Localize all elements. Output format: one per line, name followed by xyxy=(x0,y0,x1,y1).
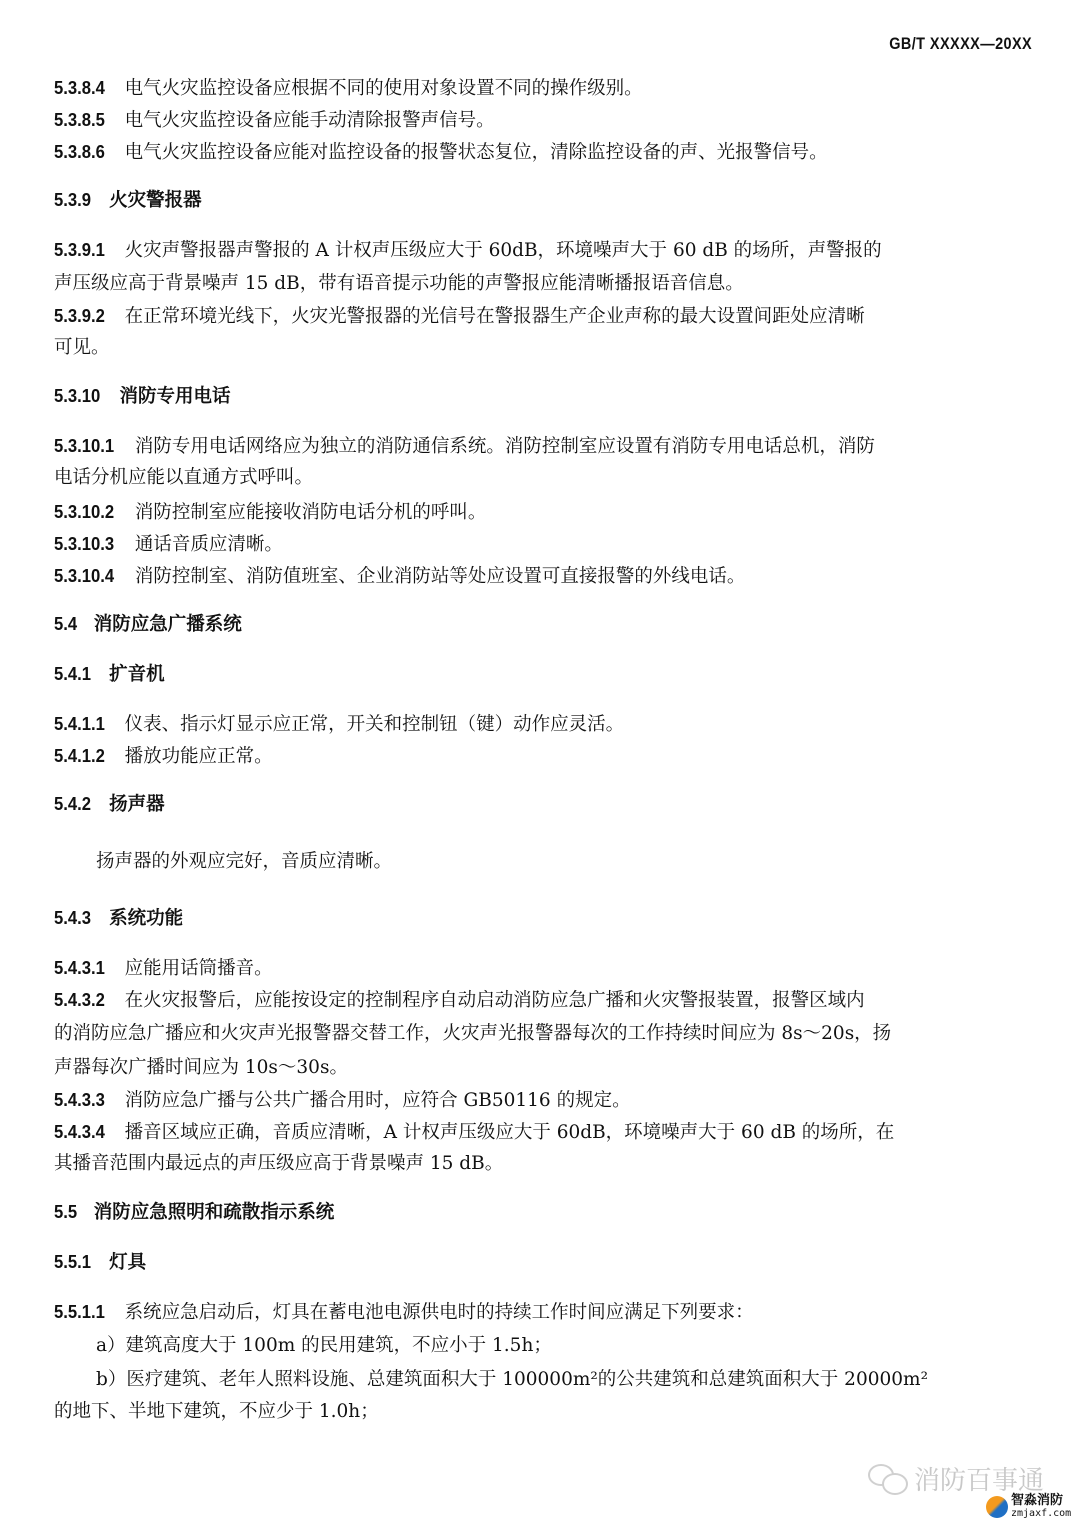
clause-line: 可见。 xyxy=(54,335,1032,361)
clause-number: 5.3.10.1 xyxy=(54,433,114,459)
clause-text: 声压级应高于背景噪声 15 dB，带有语音提示功能的声警报应能清晰播报语音信息。 xyxy=(54,273,744,294)
clause-number: 5.3.10 xyxy=(54,383,100,409)
section-heading: 5.5.1灯具 xyxy=(54,1249,1032,1276)
clause-text: 电气火灾监控设备应能手动清除报警声信号。 xyxy=(125,110,495,131)
clause-text: 播放功能应正常。 xyxy=(125,746,273,767)
clause-line: 5.3.8.6电气火灾监控设备应能对监控设备的报警状态复位，清除监控设备的声、光… xyxy=(54,139,1032,166)
clause-number: 5.4.3.4 xyxy=(54,1119,105,1145)
clause-text: 消防专用电话网络应为独立的消防通信系统。消防控制室应设置有消防专用电话总机，消防 xyxy=(135,436,875,457)
clause-number: 5.5.1 xyxy=(54,1249,91,1275)
clause-line: 5.3.10.3通话音质应清晰。 xyxy=(54,531,1032,558)
heading-text: 消防应急广播系统 xyxy=(94,614,242,635)
section-heading: 5.4.2扬声器 xyxy=(54,791,1032,818)
heading-text: 火灾警报器 xyxy=(109,190,202,211)
clause-number: 5.3.10.4 xyxy=(54,563,114,589)
heading-text: 消防应急照明和疏散指示系统 xyxy=(94,1202,335,1223)
clause-number: 5.4.3 xyxy=(54,905,91,931)
clause-number: 5.3.9.1 xyxy=(54,237,105,263)
clause-number: 5.4 xyxy=(54,611,77,637)
clause-text: a）建筑高度大于 100m 的民用建筑，不应小于 1.5h； xyxy=(96,1335,552,1356)
section-heading: 5.4消防应急广播系统 xyxy=(54,611,1032,638)
standard-code: GB/T XXXXX—20XX xyxy=(889,34,1032,54)
clause-number: 5.5.1.1 xyxy=(54,1299,105,1325)
clause-line: 5.5.1.1系统应急启动后，灯具在蓄电池电源供电时的持续工作时间应满足下列要求… xyxy=(54,1299,1032,1326)
clause-line: 5.4.1.1仪表、指示灯显示应正常，开关和控制钮（键）动作应灵活。 xyxy=(54,711,1032,738)
heading-text: 消防专用电话 xyxy=(119,386,230,407)
clause-number: 5.5 xyxy=(54,1199,77,1225)
clause-text: 通话音质应清晰。 xyxy=(135,534,283,555)
clause-text: 可见。 xyxy=(54,337,110,358)
clause-line: a）建筑高度大于 100m 的民用建筑，不应小于 1.5h； xyxy=(96,1333,1032,1359)
brand-url: zmjaxf.com xyxy=(1011,1509,1071,1519)
clause-line: 5.3.8.5电气火灾监控设备应能手动清除报警声信号。 xyxy=(54,107,1032,134)
clause-number: 5.3.9 xyxy=(54,187,91,213)
clause-number: 5.3.8.6 xyxy=(54,139,105,165)
section-heading: 5.3.10消防专用电话 xyxy=(54,383,1032,410)
clause-number: 5.4.1.2 xyxy=(54,743,105,769)
clause-text: 的消防应急广播应和火灾声光报警器交替工作，火灾声光报警器每次的工作持续时间应为 … xyxy=(54,1023,891,1044)
clause-line: 5.4.3.3消防应急广播与公共广播合用时，应符合 GB50116 的规定。 xyxy=(54,1087,1032,1114)
heading-text: 系统功能 xyxy=(109,908,183,929)
clause-text: b）医疗建筑、老年人照料设施、总建筑面积大于 100000m²的公共建筑和总建筑… xyxy=(96,1369,928,1390)
section-heading: 5.4.3系统功能 xyxy=(54,905,1032,932)
clause-text: 消防控制室、消防值班室、企业消防站等处应设置可直接报警的外线电话。 xyxy=(135,566,746,587)
clause-text: 播音区域应正确，音质应清晰，A 计权声压级应大于 60dB，环境噪声大于 60 … xyxy=(125,1122,895,1143)
clause-line: 5.3.10.4消防控制室、消防值班室、企业消防站等处应设置可直接报警的外线电话… xyxy=(54,563,1032,590)
clause-text: 应能用话筒播音。 xyxy=(125,958,273,979)
channel-name: 消防百事通 xyxy=(914,1460,1044,1497)
clause-text: 仪表、指示灯显示应正常，开关和控制钮（键）动作应灵活。 xyxy=(125,714,625,735)
clause-line: 声压级应高于背景噪声 15 dB，带有语音提示功能的声警报应能清晰播报语音信息。 xyxy=(54,271,1032,297)
clause-text: 电气火灾监控设备应根据不同的使用对象设置不同的操作级别。 xyxy=(125,78,643,99)
clause-line: 的地下、半地下建筑，不应少于 1.0h； xyxy=(54,1399,1032,1425)
clause-number: 5.3.10.3 xyxy=(54,531,114,557)
clause-number: 5.4.3.2 xyxy=(54,987,105,1013)
clause-text: 其播音范围内最远点的声压级应高于背景噪声 15 dB。 xyxy=(54,1153,503,1174)
heading-text: 扩音机 xyxy=(109,664,165,685)
clause-line: 5.4.3.4播音区域应正确，音质应清晰，A 计权声压级应大于 60dB，环境噪… xyxy=(54,1119,1032,1146)
clause-text: 电话分机应能以直通方式呼叫。 xyxy=(54,467,313,488)
clause-line: 其播音范围内最远点的声压级应高于背景噪声 15 dB。 xyxy=(54,1151,1032,1177)
clause-line: 扬声器的外观应完好，音质应清晰。 xyxy=(96,849,1032,875)
clause-text: 的地下、半地下建筑，不应少于 1.0h； xyxy=(54,1401,379,1422)
clause-line: b）医疗建筑、老年人照料设施、总建筑面积大于 100000m²的公共建筑和总建筑… xyxy=(96,1367,1032,1393)
clause-line: 5.4.3.1应能用话筒播音。 xyxy=(54,955,1032,982)
clause-line: 声器每次广播时间应为 10s～30s。 xyxy=(54,1055,1032,1081)
clause-number: 5.4.3.3 xyxy=(54,1087,105,1113)
clause-line: 5.3.9.1火灾声警报器声警报的 A 计权声压级应大于 60dB，环境噪声大于… xyxy=(54,237,1032,264)
clause-text: 系统应急启动后，灯具在蓄电池电源供电时的持续工作时间应满足下列要求： xyxy=(125,1302,754,1323)
clause-text: 声器每次广播时间应为 10s～30s。 xyxy=(54,1057,348,1078)
section-heading: 5.4.1扩音机 xyxy=(54,661,1032,688)
clause-number: 5.4.1 xyxy=(54,661,91,687)
clause-number: 5.4.3.1 xyxy=(54,955,105,981)
clause-line: 5.3.8.4电气火灾监控设备应根据不同的使用对象设置不同的操作级别。 xyxy=(54,75,1032,102)
heading-text: 扬声器 xyxy=(109,794,165,815)
wechat-watermark: 消防百事通 xyxy=(868,1460,1044,1497)
clause-number: 5.4.1.1 xyxy=(54,711,105,737)
section-heading: 5.5消防应急照明和疏散指示系统 xyxy=(54,1199,1032,1226)
clause-line: 5.4.1.2播放功能应正常。 xyxy=(54,743,1032,770)
clause-text: 火灾声警报器声警报的 A 计权声压级应大于 60dB，环境噪声大于 60 dB … xyxy=(125,240,882,261)
clause-number: 5.3.9.2 xyxy=(54,303,105,329)
clause-number: 5.4.2 xyxy=(54,791,91,817)
clause-text: 在火灾报警后，应能按设定的控制程序自动启动消防应急广播和火灾警报装置，报警区域内 xyxy=(125,990,865,1011)
heading-text: 灯具 xyxy=(109,1252,146,1273)
clause-text: 电气火灾监控设备应能对监控设备的报警状态复位，清除监控设备的声、光报警信号。 xyxy=(125,142,828,163)
clause-line: 5.3.10.1消防专用电话网络应为独立的消防通信系统。消防控制室应设置有消防专… xyxy=(54,433,1032,460)
section-heading: 5.3.9火灾警报器 xyxy=(54,187,1032,214)
brand-watermark: 智淼消防 zmjaxf.com xyxy=(986,1494,1071,1519)
brand-name: 智淼消防 xyxy=(1011,1494,1071,1507)
clause-line: 电话分机应能以直通方式呼叫。 xyxy=(54,465,1032,491)
clause-text: 消防控制室应能接收消防电话分机的呼叫。 xyxy=(135,502,487,523)
clause-line: 的消防应急广播应和火灾声光报警器交替工作，火灾声光报警器每次的工作持续时间应为 … xyxy=(54,1021,1032,1047)
clause-line: 5.3.9.2在正常环境光线下，火灾光警报器的光信号在警报器生产企业声称的最大设… xyxy=(54,303,1032,330)
clause-number: 5.3.8.5 xyxy=(54,107,105,133)
clause-text: 扬声器的外观应完好，音质应清晰。 xyxy=(96,851,392,872)
clause-line: 5.3.10.2消防控制室应能接收消防电话分机的呼叫。 xyxy=(54,499,1032,526)
clause-number: 5.3.8.4 xyxy=(54,75,105,101)
clause-number: 5.3.10.2 xyxy=(54,499,114,525)
wechat-icon xyxy=(868,1464,908,1494)
brand-logo-icon xyxy=(986,1496,1008,1518)
clause-text: 消防应急广播与公共广播合用时，应符合 GB50116 的规定。 xyxy=(125,1090,631,1111)
clause-line: 5.4.3.2在火灾报警后，应能按设定的控制程序自动启动消防应急广播和火灾警报装… xyxy=(54,987,1032,1014)
clause-text: 在正常环境光线下，火灾光警报器的光信号在警报器生产企业声称的最大设置间距处应清晰 xyxy=(125,306,865,327)
